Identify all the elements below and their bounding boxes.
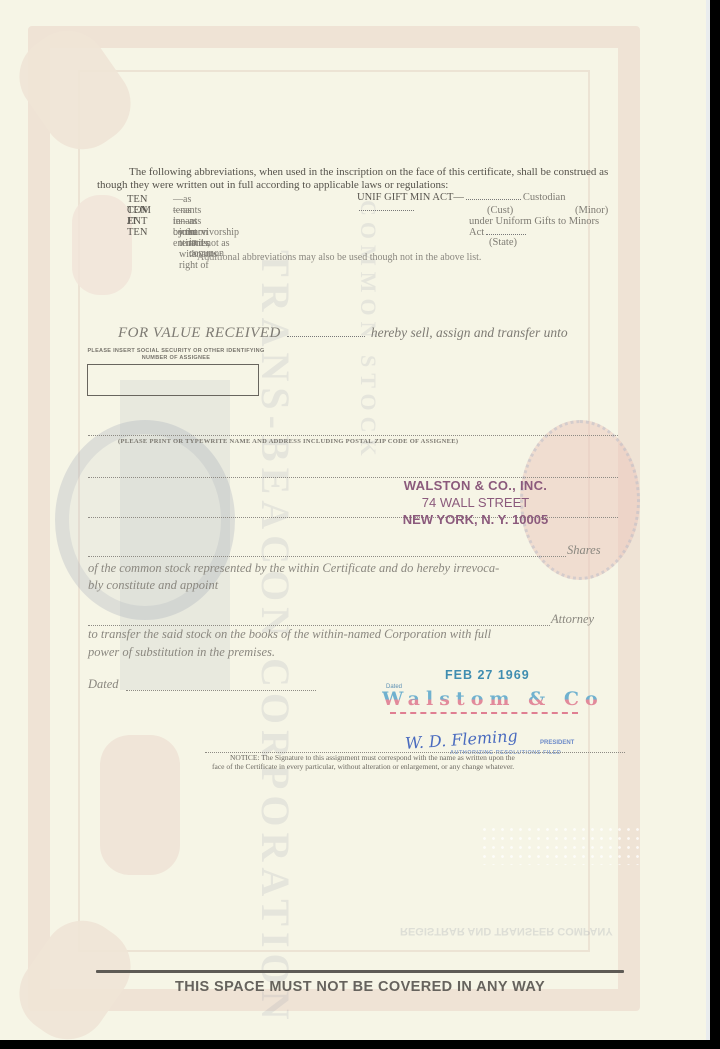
custodian-blank — [466, 199, 521, 200]
for-value-received-line: FOR VALUE RECEIVEDhereby sell, assign an… — [118, 325, 568, 342]
unif-label: UNIF GIFT MIN ACT— — [357, 192, 464, 203]
common-stock-text-1: of the common stock represented by the w… — [88, 561, 499, 576]
stamp-line-street: 74 WALL STREET — [388, 494, 563, 511]
attorney-label: Attorney — [551, 612, 594, 627]
dated-label: Dated — [88, 677, 119, 692]
signature-notice: NOTICE: The Signature to this assignment… — [212, 754, 624, 771]
notice-line-2: face of the Certificate in every particu… — [212, 762, 514, 771]
abbreviations-grid: TEN COM —as tenants in common TEN ENT —a… — [97, 192, 622, 252]
state-caption: (State) — [489, 237, 517, 248]
assignee-name-line[interactable] — [88, 435, 618, 436]
shares-blank[interactable] — [88, 556, 566, 557]
transfer-text-1: to transfer the said stock on the books … — [88, 627, 491, 642]
abbr-code: JT TEN — [127, 216, 147, 238]
minor-caption: (Minor) — [575, 205, 608, 216]
cancellation-perforations — [480, 825, 640, 865]
stamp-line-company: WALSTON & CO., INC. — [388, 477, 563, 494]
for-value-blank[interactable] — [287, 336, 365, 337]
print-name-address-note: (PLEASE PRINT OR TYPEWRITE NAME AND ADDR… — [118, 438, 458, 445]
paper-edge — [706, 0, 710, 1040]
company-stamp: Walstom & Co — [382, 688, 604, 710]
custodian-label: Custodian — [523, 192, 566, 203]
act-text: Act — [469, 227, 484, 238]
shares-label: Shares — [567, 543, 601, 558]
minor-blank — [359, 210, 414, 211]
transfer-text-2: power of substitution in the premises. — [88, 645, 275, 660]
sell-assign-text: hereby sell, assign and transfer unto — [371, 325, 568, 340]
abbreviations-intro: The following abbreviations, when used i… — [97, 166, 622, 192]
assignee-address-stamp: WALSTON & CO., INC. 74 WALL STREET NEW Y… — [388, 477, 563, 528]
additional-abbreviations-note: Additional abbreviations may also be use… — [97, 252, 622, 263]
certificate-paper: TRANS-BEACON CORPORATION COMMON STOCK RE… — [0, 0, 710, 1040]
company-stamp-underline — [390, 712, 578, 715]
ugma-text: under Uniform Gifts to Minors — [469, 216, 599, 227]
stamp-line-city: NEW YORK, N. Y. 10005 — [388, 511, 563, 528]
do-not-cover-warning: THIS SPACE MUST NOT BE COVERED IN ANY WA… — [96, 979, 624, 995]
bleed-through-registrar: REGISTRAR AND TRANSFER COMPANY — [400, 925, 613, 937]
signature-title: PRESIDENT — [540, 740, 574, 746]
dated-blank[interactable] — [126, 690, 316, 691]
bottom-rule — [96, 970, 624, 973]
state-blank — [486, 234, 526, 235]
abbr-desc: in common — [189, 237, 224, 259]
common-stock-text-2: bly constitute and appoint — [88, 578, 218, 593]
denomination-cartouche-bottom — [100, 735, 180, 875]
for-value-label: FOR VALUE RECEIVED — [118, 325, 281, 341]
ssn-label: PLEASE INSERT SOCIAL SECURITY OR OTHER I… — [86, 348, 266, 362]
date-stamp: FEB 27 1969 — [445, 668, 530, 682]
abbreviations-section: The following abbreviations, when used i… — [97, 166, 622, 263]
ssn-input-box[interactable] — [87, 364, 259, 396]
cust-caption: (Cust) — [487, 205, 513, 216]
attorney-blank[interactable] — [88, 625, 550, 626]
